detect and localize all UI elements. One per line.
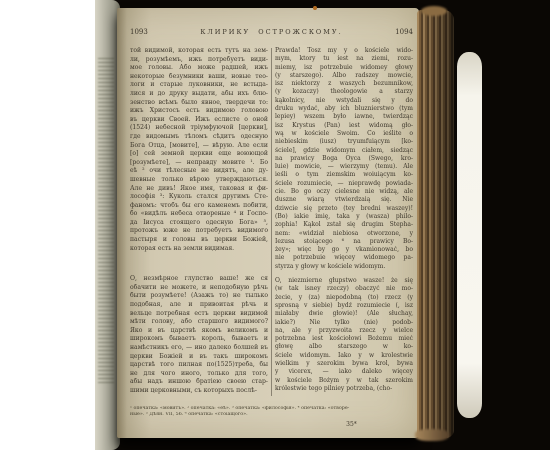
column-divider [271,48,272,396]
text-line: обачити не можете, и неподобную рѣчь [130,284,268,293]
text-line: шевные только вѣрою утверждаються. [130,176,268,185]
text-line: шими церковными, съ которыхъ послѣ- [130,387,268,396]
signature-mark: 35* [130,421,413,428]
text-line: лися и до друку выдати, абы ихъ блю- [130,90,268,99]
text-line: iakie?) Nie tylko (nie) podob- [275,319,413,327]
column-slavonic: той видимой, которая есть тутъ на зем-ли… [130,47,268,396]
text-line: mym, ktory tu iest na ziemi, rozu- [275,55,413,63]
text-line: druku wydać, aby ich bluznierstwo (tym [275,105,413,113]
text-line: duszne wiarą vtwierdzaią się. Nie [275,196,413,204]
column-polish: Prawda! Tosz my y o kościele wido-mym, k… [275,47,413,396]
text-line: царствѣ того пилная по(1525)треба, бы [130,361,268,370]
text-line: niebieskim (iusz) tryumfuiącym [ko- [275,138,413,146]
text-line: głowę albo starszego w ko- [275,343,413,351]
text-line: (y kozaczy) theologowie a starzy [275,88,413,96]
text-line: Але не дивъ! Якое имя, таковая и фи- [130,185,268,194]
text-line: zophia! Kąkol zstał się drugim Stepha- [275,221,413,229]
page-edge-nick [313,6,317,10]
running-head: 1093 КЛИРИКУ ОСТРОЖСКОМУ. 1094 [130,28,413,36]
running-title: КЛИРИКУ ОСТРОЖСКОМУ. [200,28,342,36]
text-line: na, ale y przyzwoita rzecz y wielce [275,327,413,335]
text-line: styrza y głowy w kościele widomym. [275,263,413,271]
text-line: пастыря и головы въ церкви Божіей, [130,236,268,245]
text-line: żecie, y (za) niepodobną (to) rzecz (y [275,294,413,302]
text-line: ściele widomym. Iako y w krolestwie [275,352,413,360]
text-line: ściele rozumiecie, — nieprawdę powiada- [275,180,413,188]
text-line: kąkolnicy, nie wstydali się y do [275,97,413,105]
text-line: вельце потребная естъ церкви видимой [130,310,268,319]
text-line: [о] сей земной церкви еще воюющой [130,150,268,159]
text-line: (1524) небесной тріумфуючой [церкви], [130,124,268,133]
text-line: ieśli o tym ziemskim woiuiącym ko- [275,171,413,179]
text-line: ściele], gdzie widomym ciałem, siedząc [275,147,413,155]
text-line: зенство всѣмъ было явное, твердечи то: [130,99,268,108]
text-line: w kościele Bożym y w tak szerokim [275,377,413,385]
text-line: церкви Божіей и въ такъ широкомъ [130,353,268,362]
text-line: въ церкви Своей. Ижъ еслисте о оной [130,116,268,125]
text-line: miałaby dwie głowie)! (Ale słuchay, [275,310,413,318]
text-line: да Іисуса стоящего одесную Бога» ⁵, [130,219,268,228]
text-line: мѣти голову, або старшого видимого? [130,318,268,327]
text-line: wielkim y szerokim bywa krol, bywa [275,360,413,368]
text-line: isz niektorzy z waszych bezumnikow, [275,80,413,88]
text-line: протожъ юже не потребуетъ видимого [130,227,268,236]
page-text-block: 1093 КЛИРИКУ ОСТРОЖСКОМУ. 1094 той видим… [130,28,413,428]
text-line: wą w kościele Swoim. Co ieślite o [275,130,413,138]
text-line: лософія ³: Куколь стался другимъ Сте- [130,193,268,202]
text-line: O, niezmierne głupstwo wasze! że się [275,277,413,285]
text-line: królestwie tego pilniey potrzeba, (cho- [275,385,413,393]
screenshot-canvas: 1093 КЛИРИКУ ОСТРОЖСКОМУ. 1094 той видим… [0,0,550,450]
polish-paragraph-2: O, niezmierne głupstwo wasze! że się(w t… [275,277,413,393]
book-photo: 1093 КЛИРИКУ ОСТРОЖСКОМУ. 1094 той видим… [95,0,550,450]
text-line: luie) mowicie, — wierzymy (temu). Ale [275,163,413,171]
column-number-left: 1093 [130,28,148,36]
footnotes: ¹ опечатка: «мовитъ». ² опечатка: «еѣ». … [130,406,413,419]
text-line: lepiey) wszem było iawne, twierdząc [275,113,413,121]
text-line: не для чого иного, только для того, [130,370,268,379]
text-line: бо «видѣлъ небеса отвореные ⁴ и Госпо- [130,210,268,219]
text-line: Яко и въ царствѣ якомъ великомъ и [130,327,268,336]
text-line: еѣ ² очи тѣлесные не видятъ, але ду- [130,167,268,176]
text-line: (w tak isney rzeczy) obaczyć nie mo- [275,285,413,293]
text-line: некоторые безумники ваши, новые тео- [130,73,268,82]
text-line: Бога Отца, [мовите], — вѣрую. Але если [130,142,268,151]
text-line: ижъ Христосъ есть видимою головою [130,107,268,116]
text-line: cie. Bo go oczy cielesne nie widzą, ale [275,188,413,196]
text-line: быти розумѣете! (Азажъ то) не тылько [130,292,268,301]
page-edge-highlight [457,52,482,418]
text-line: Iezusa stoiącego ⁶ na prawicy Bo- [275,238,413,246]
text-line: dziwcie się przeto (tey bredni waszey)! [275,205,413,213]
text-line: намѣстникъ его, — ино далеко болшей въ [130,344,268,353]
text-line: широкомъ бываетъ король, бываетъ и [130,335,268,344]
text-line: абы надъ иншою братіею своею стар- [130,378,268,387]
slavonic-paragraph-1: той видимой, которая есть тутъ на зем-ли… [130,47,268,253]
text-line: логи и старые луковники, не встыда- [130,81,268,90]
column-number-right: 1094 [395,28,413,36]
text-line: sprosną v siebie) bydź rozumiecie (, isz [275,302,413,310]
text-line: (y starszego). Albo radszey mowcie, [275,72,413,80]
text-line: ли, розумѣемъ, ижъ потребуетъ види- [130,56,268,65]
text-line: Prawda! Tosz my y o kościele wido- [275,47,413,55]
text-line: мое головы. Або може радшей, ижъ [130,64,268,73]
text-line: где видомымъ тѣломъ сѣдитъ одесную [130,133,268,142]
text-line: nie potrzebuie więcey widomego pa- [275,254,413,262]
text-line: той видимой, которая есть тутъ на зем- [130,47,268,56]
text-line: nem: «widział niebiosa otworzone, y [275,230,413,238]
text-line: О, незмѣрное глупство ваше! же ся [130,275,268,284]
book-page: 1093 КЛИРИКУ ОСТРОЖСКОМУ. 1094 той видим… [117,8,419,438]
text-line: [розумѣете], — неправду мовите ¹. Бо [130,159,268,168]
text-line: isz Krystus (Pan) iest widomą gło- [275,122,413,130]
text-line: фаномъ: чтобъ бы его каменемъ побити, [130,202,268,211]
text-line: potrzebna iest kościołowi Bożemu mieć [275,335,413,343]
fore-edge-pages [417,10,454,438]
text-line: y vicerex, — iako daleko więcey [275,368,413,376]
text-line: подобная, але и привоитая рѣчь и [130,301,268,310]
two-column-text: той видимой, которая есть тутъ на зем-ли… [130,47,413,396]
text-line: (Bo) iakie imię, taka y (wasza) philo- [275,213,413,221]
text-line: żey»; więc by go y vkamionować, bo [275,246,413,254]
text-line: которая есть на земли видимая. [130,245,268,254]
text-line: ные». ⁵ Дѣян. VII, 56. ⁶ опечатка: «стоі… [130,412,413,418]
polish-paragraph-1: Prawda! Tosz my y o kościele wido-mym, k… [275,47,413,271]
text-line: miemy, isz potrzebuie widomey głowy [275,64,413,72]
slavonic-paragraph-2: О, незмѣрное глупство ваше! же сяобачити… [130,275,268,395]
text-line: na prawicy Boga Oyca (Swego, kro- [275,155,413,163]
